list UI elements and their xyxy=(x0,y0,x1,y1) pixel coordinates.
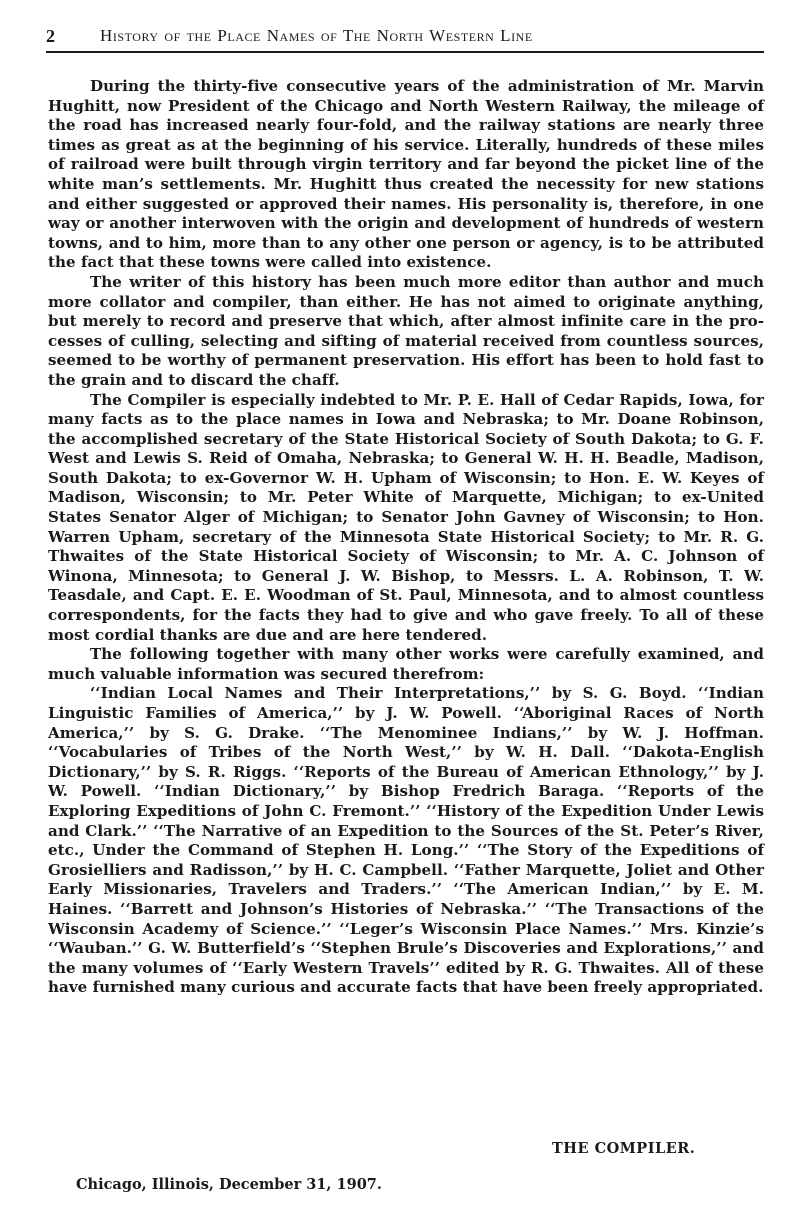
paragraph-sources-list: ‘‘Indian Local Names and Their Interpret… xyxy=(48,684,764,998)
running-title: History of the Place Names of The North … xyxy=(100,24,764,48)
paragraph-sources-intro: The following together with many other w… xyxy=(48,645,764,684)
preface-body: During the thirty-five consecutive years… xyxy=(48,77,764,998)
paragraph-acknowledgements: The Compiler is especially indebted to M… xyxy=(48,391,764,646)
paragraph-hughitt-tribute: During the thirty-five consecutive years… xyxy=(48,77,764,273)
header-rule-divider xyxy=(46,51,764,53)
paragraph-editor-note: The writer of this history has been much… xyxy=(48,273,764,391)
dateline: Chicago, Illinois, December 31, 1907. xyxy=(76,1176,382,1193)
signature: THE COMPILER. xyxy=(552,1140,695,1157)
page-number: 2 xyxy=(46,24,55,48)
running-header: 2 History of the Place Names of The Nort… xyxy=(46,24,764,48)
